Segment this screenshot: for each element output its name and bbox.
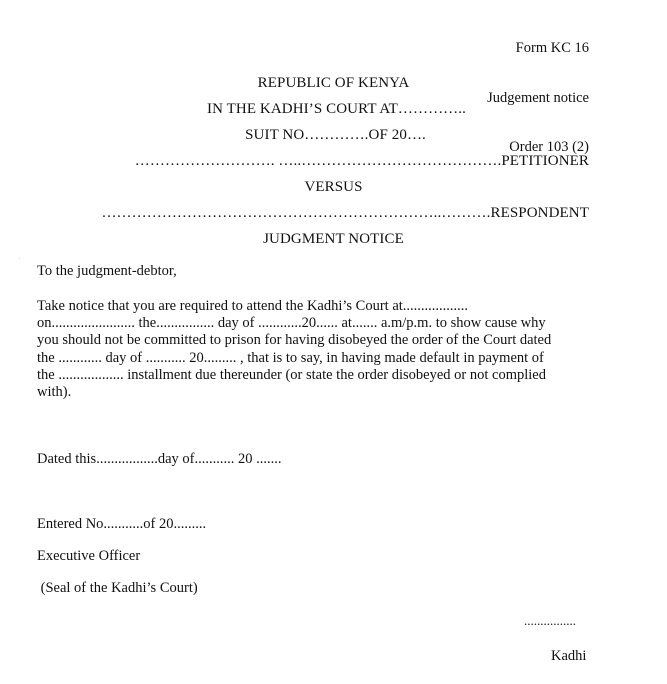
court-heading: IN THE KADHI’S COURT AT………….. (0, 101, 667, 118)
republic-heading: REPUBLIC OF KENYA (0, 75, 667, 92)
salutation: To the judgment-debtor, (37, 263, 177, 280)
versus-label: VERSUS (0, 179, 667, 196)
suit-number: SUIT NO………….OF 20…. (0, 127, 667, 144)
notice-body: Take notice that you are required to att… (37, 298, 592, 401)
signature-line: ................ (524, 613, 576, 629)
executive-officer-label: Executive Officer (37, 548, 140, 565)
body-line: with). (37, 384, 592, 401)
body-line: the ............ day of ........... 20..… (37, 350, 592, 367)
entered-number-line: Entered No...........of 20......... (37, 516, 206, 533)
form-number: Form KC 16 (487, 40, 589, 57)
notice-title: JUDGMENT NOTICE (0, 231, 667, 248)
respondent-line: …………………………………………………………..……….RESPONDENT (37, 205, 589, 222)
body-line: you should not be committed to prison fo… (37, 332, 592, 349)
body-line: the .................. installment due t… (37, 367, 592, 384)
signatory-title: Kadhi (551, 648, 586, 665)
speck (19, 258, 20, 259)
dated-line: Dated this.................day of.......… (37, 451, 281, 468)
petitioner-line: ………………………. …..………………………………….PETITIONER (37, 153, 589, 170)
body-line: on....................... the...........… (37, 315, 592, 332)
court-seal-label: (Seal of the Kadhi’s Court) (37, 580, 198, 597)
body-line: Take notice that you are required to att… (37, 298, 592, 315)
